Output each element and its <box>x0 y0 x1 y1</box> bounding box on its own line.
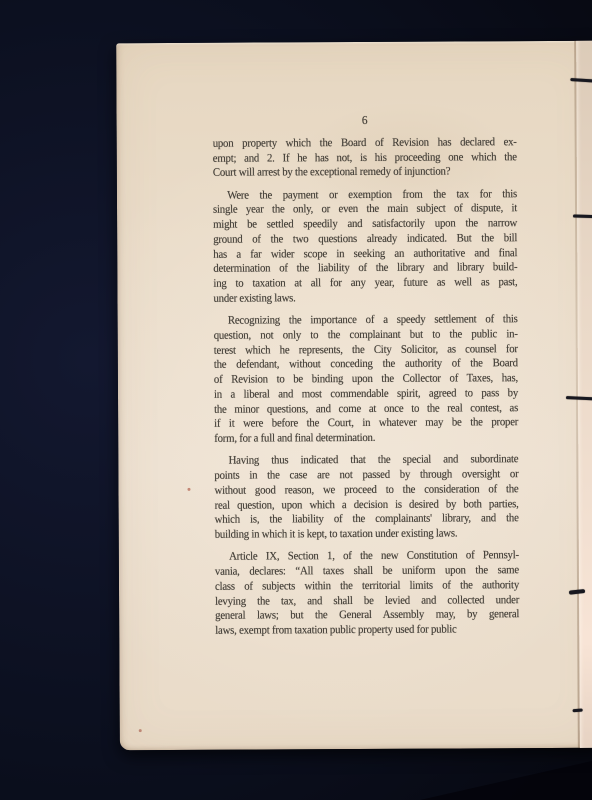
text-body: upon property which the Board of Revisio… <box>213 135 520 639</box>
text-line: real question, upon which a decision is … <box>215 497 519 513</box>
text-line: Were the payment or exemption from the t… <box>213 187 517 203</box>
text-line: has a far wider scope in seeking an auth… <box>213 246 517 262</box>
paragraph: Article IX, Section 1, of the new Consti… <box>215 548 519 638</box>
book-page: 6 upon property which the Board of Revis… <box>116 41 592 751</box>
text-line: single year the only, or even the main s… <box>213 201 517 217</box>
text-line: levying the tax, and shall be levied and… <box>215 593 519 609</box>
text-line: Having thus indicated that the special a… <box>214 452 518 468</box>
page-content: 6 upon property which the Board of Revis… <box>213 112 520 638</box>
text-line: without good reason, we proceed to the c… <box>214 482 518 498</box>
text-line: ground of the two questions already indi… <box>213 231 517 247</box>
scan-background: 6 upon property which the Board of Revis… <box>0 0 592 800</box>
text-line: which is, the liability of the complaina… <box>215 511 519 527</box>
book-cover-edge <box>420 750 592 800</box>
text-line: building in which it is kept, to taxatio… <box>215 526 519 542</box>
paragraph: Having thus indicated that the special a… <box>214 452 518 542</box>
text-line: upon property which the Board of Revisio… <box>213 135 517 151</box>
text-line: laws, exempt from taxation public proper… <box>215 622 519 638</box>
text-line: empt; and 2. If he has not, is his proce… <box>213 150 517 166</box>
foxing-speck <box>139 729 142 732</box>
text-line: Court will arrest by the exceptional rem… <box>213 164 517 180</box>
text-line: Article IX, Section 1, of the new Consti… <box>215 548 519 564</box>
text-line: determination of the liability of the li… <box>213 260 517 276</box>
paragraph: Recognizing the importance of a speedy s… <box>214 312 519 446</box>
text-line: in a liberal and most commendable spirit… <box>214 386 518 402</box>
text-line: the defendant, without conceding the aut… <box>214 356 518 372</box>
text-line: if it were before the Court, in whatever… <box>214 415 518 431</box>
binding-stitch-mark <box>573 214 592 218</box>
text-line: of Revision to be binding upon the Colle… <box>214 371 518 387</box>
foxing-speck <box>187 488 190 491</box>
text-line: vania, declares: “All taxes shall be uni… <box>215 563 519 579</box>
text-line: form, for a full and final determination… <box>214 430 518 446</box>
paragraph: Were the payment or exemption from the t… <box>213 187 518 307</box>
page-number: 6 <box>213 112 517 128</box>
text-line: terest which he represents, the City Sol… <box>214 342 518 358</box>
text-line: general laws; but the General Assembly m… <box>215 607 519 623</box>
text-line: Recognizing the importance of a speedy s… <box>214 312 518 328</box>
text-line: points in the case are not passed by thr… <box>214 467 518 483</box>
paragraph: upon property which the Board of Revisio… <box>213 135 517 181</box>
text-line: ing to taxation at all for any year, fut… <box>213 275 517 291</box>
text-line: might be settled speedily and satisfacto… <box>213 216 517 232</box>
text-line: under existing laws. <box>213 290 517 306</box>
text-line: question, not only to the complainant bu… <box>214 327 518 343</box>
text-line: the minor questions, and come at once to… <box>214 401 518 417</box>
text-line: class of subjects within the territorial… <box>215 578 519 594</box>
